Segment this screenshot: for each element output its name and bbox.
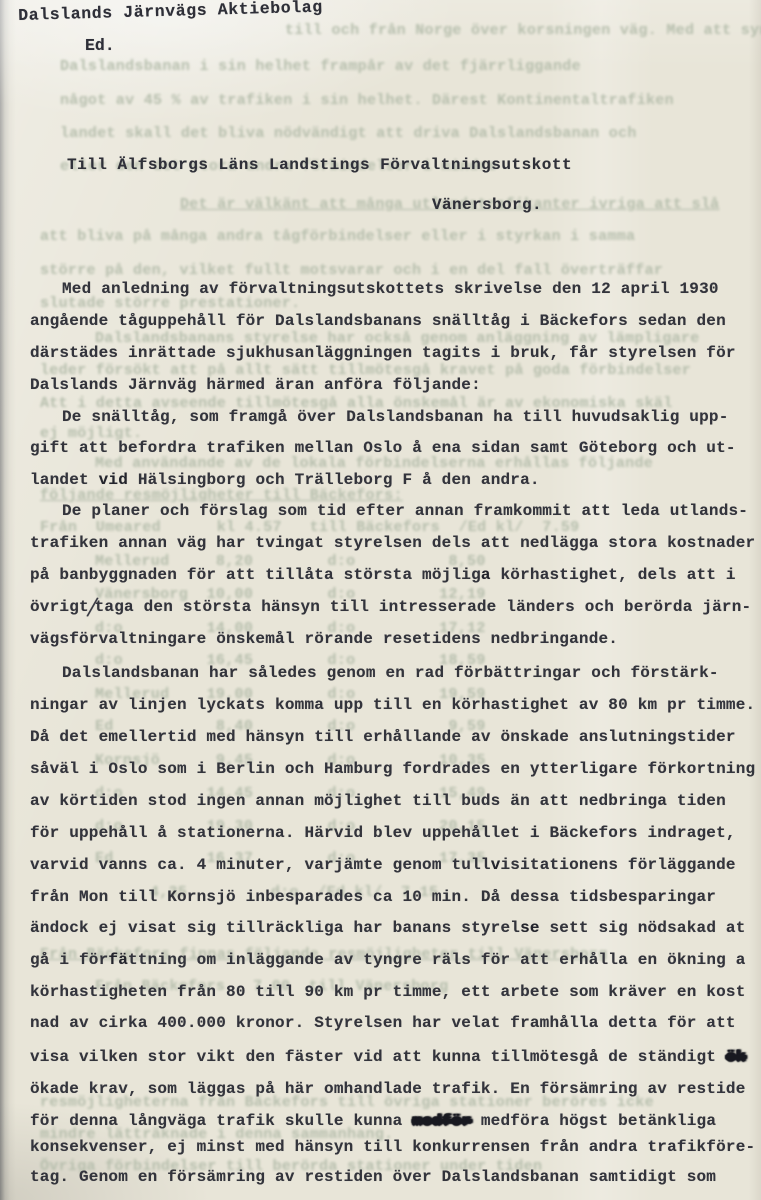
typed-line: Dalslands Järnväg härmed äran anföra föl… <box>30 376 481 394</box>
typed-line: av körtiden stod ingen annan möjlighet t… <box>30 792 726 810</box>
typed-line: tag. Genom en försämring av restiden öve… <box>30 1168 716 1186</box>
typed-line: Då det emellertid med hänsyn till erhåll… <box>30 728 736 746</box>
typed-line: gift att befordra trafiken mellan Oslo å… <box>30 439 736 457</box>
typed-line: för denna långväga trafik skulle kunna m… <box>30 1112 716 1130</box>
text-segment: ökade krav, som läggas på här omhandlade… <box>30 1080 746 1098</box>
text-segment: därstädes inrättade sjukhusanläggningen … <box>30 344 736 362</box>
letterhead-company: Dalslands Järnvägs Aktiebolag <box>18 0 323 25</box>
struck-out-word: medför <box>412 1112 471 1130</box>
text-segment: såväl i Oslo som i Berlin och Hamburg fo… <box>30 760 755 778</box>
text-segment: Hälsingborg och Trälleborg F å den andra… <box>128 471 540 489</box>
typed-line: trafiken annan väg har tvingat styrelsen… <box>30 534 755 552</box>
text-segment: visa vilken stor vikt den fäster vid att… <box>30 1048 726 1066</box>
text-segment: ändock ej visat sig tillräckliga har ban… <box>30 919 520 937</box>
text-segment: Dalslandsbanan har således genom en rad … <box>62 664 719 682</box>
typed-line: övrigt/taga den största hänsyn till intr… <box>30 598 751 619</box>
text-segment: sett sig nödsakad at <box>540 919 746 937</box>
typed-line: visa vilken stor vikt den fäster vid att… <box>30 1048 746 1066</box>
typewritten-body-layer: Dalslands Järnvägs Aktiebolag Ed. Till Ä… <box>0 0 761 1200</box>
typed-line: varvid vanns ca. 4 minuter, varjämte gen… <box>30 856 736 874</box>
text-segment: Med anledning av förvaltningsutskottets … <box>62 280 719 298</box>
typed-line: Dalslandsbanan har således genom en rad … <box>62 664 719 682</box>
text-segment: tag. Genom en försämring av restiden öve… <box>30 1168 716 1186</box>
typed-line: landet vid Hälsingborg och Trälleborg F … <box>30 471 540 489</box>
text-segment: isitationens förläggande <box>501 856 736 874</box>
text-segment: från Mon till Kornsjö inbesparades ca 10… <box>30 888 716 906</box>
typed-line: ningar av linjen lyckats komma upp till … <box>30 696 755 714</box>
text-segment: De planer och förslag som tid efter anna… <box>62 502 748 520</box>
typed-line: vägsförvaltningare önskemål rörande rese… <box>30 630 618 648</box>
typed-line: ökade krav, som läggas på här omhandlade… <box>30 1080 746 1098</box>
text-segment: varvid vanns ca. 4 minuter, varjämte gen… <box>30 856 491 874</box>
struck-out-word: ök <box>726 1048 746 1066</box>
typed-line: körhastigheten från 80 till 90 km pr tim… <box>30 983 746 1001</box>
typed-line: Med anledning av förvaltningsutskottets … <box>62 280 719 298</box>
text-segment: körhastigheten från 80 till 90 km pr tim… <box>30 983 746 1001</box>
text-segment: för uppehåll å stationerna. Härvid blev … <box>30 824 736 842</box>
text-segment: ningar av linjen lyckats komma upp till … <box>30 696 755 714</box>
typed-line: nad av cirka 400.000 kronor. Styrelsen h… <box>30 1014 736 1032</box>
typed-line: på banbyggnaden för att tillåta största … <box>30 566 736 584</box>
text-segment: v <box>491 856 501 874</box>
text-segment: taga den största hänsyn till intresserad… <box>95 598 752 616</box>
text-segment: fä <box>108 951 128 969</box>
text-segment: konsekvenser, ej minst med hänsyn till k… <box>30 1138 755 1156</box>
typed-line: gå i förfättning om inläggande av tyngre… <box>30 951 746 969</box>
typed-line: därstädes inrättade sjukhusanläggningen … <box>30 344 736 362</box>
text-segment: gå i för <box>30 951 108 969</box>
text-segment: ttning om inläggande av tyngre räls för … <box>128 951 746 969</box>
scanned-letter-page: till och från Norge över korsningen väg.… <box>0 0 761 1200</box>
text-segment: angående tåguppehåll för Dalslandsbanans… <box>30 312 726 330</box>
text-segment: nad av cirka 400.000 kronor. Styrelsen h… <box>30 1014 736 1032</box>
text-segment: för denna långväga trafik skulle kunna <box>30 1112 412 1130</box>
recipient-line: Till Älfsborgs Läns Landstings Förvaltni… <box>67 156 572 174</box>
text-segment: trafiken annan väg har tvingat styrelsen… <box>30 534 755 552</box>
text-segment: Dalslands Järnväg härmed äran anföra föl… <box>30 376 481 394</box>
text-segment: Då det emellertid med hänsyn till erhåll… <box>30 728 736 746</box>
text-segment: övrigt <box>30 598 89 616</box>
text-segment: medföra högst betänkliga <box>471 1112 716 1130</box>
typed-line: från Mon till Kornsjö inbesparades ca 10… <box>30 888 716 906</box>
recipient-city: Vänersborg. <box>432 196 542 214</box>
text-segment: gift att befordra trafiken mellan Oslo å… <box>30 439 736 457</box>
text-segment: av körtiden stod ingen annan möjlighet t… <box>30 792 726 810</box>
text-segment: se <box>520 919 540 937</box>
text-segment: vägsförvaltningare önskemål rörande rese… <box>30 630 618 648</box>
typed-line: för uppehåll å stationerna. Härvid blev … <box>30 824 736 842</box>
text-segment: körhastighet, dels att i <box>491 566 736 584</box>
typed-line: angående tåguppehåll för Dalslandsbanans… <box>30 312 726 330</box>
text-segment: på banbyggnaden för att tillåta största … <box>30 566 481 584</box>
text-segment: landet <box>30 471 99 489</box>
text-segment: a <box>481 566 491 584</box>
typed-line: såväl i Oslo som i Berlin och Hamburg fo… <box>30 760 755 778</box>
typed-line: De planer och förslag som tid efter anna… <box>62 502 748 520</box>
text-segment: De snälltåg, som framgå över Dalslandsba… <box>62 408 729 426</box>
typed-line: konsekvenser, ej minst med hänsyn till k… <box>30 1138 755 1156</box>
typed-line: ändock ej visat sig tillräckliga har ban… <box>30 919 746 937</box>
typed-line: De snälltåg, som framgå över Dalslandsba… <box>62 408 729 426</box>
letterhead-place: Ed. <box>85 36 115 55</box>
text-segment: vid <box>99 471 128 489</box>
